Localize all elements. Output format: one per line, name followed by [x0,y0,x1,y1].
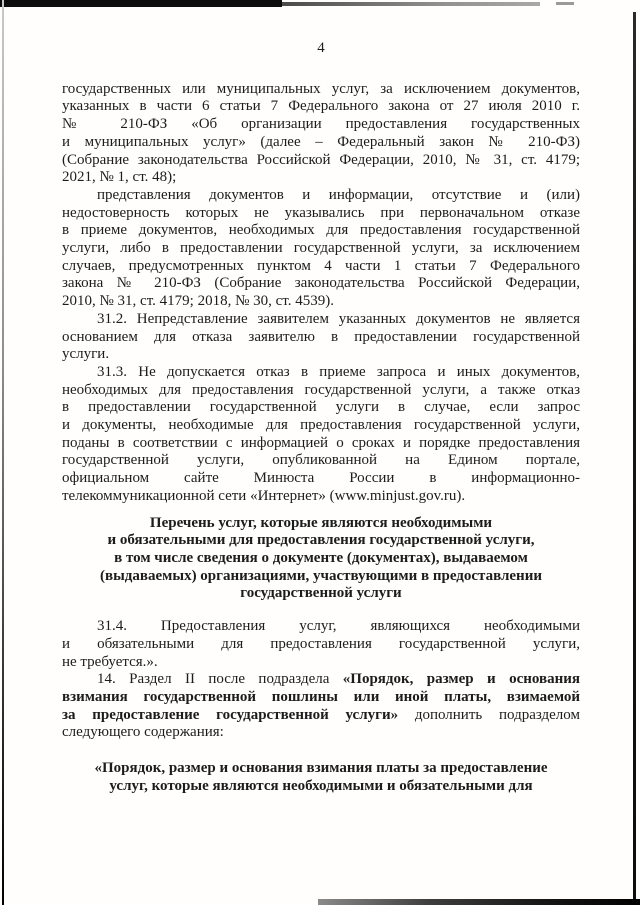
text-line: 31.3. Не допускается отказ в приеме запр… [62,364,580,382]
text-line: услуги, либо в предоставлении государств… [62,240,580,258]
text-line: услуги. [62,346,580,364]
text-segment: 2010, № 31, ст. 4179; 2018, № 30, ст. 45… [62,293,334,309]
page-number: 4 [62,40,580,58]
text-line: взимания государственной пошлины или ино… [62,689,580,707]
text-segment: официальном сайте Минюста России в инфор… [62,470,580,486]
text-segment: основанием для отказа заявителю в предос… [62,329,580,345]
text-line: 14. Раздел II после подраздела «Порядок,… [62,671,580,689]
heading-list-of-services: Перечень услуг, которые являются необход… [62,515,580,604]
text-line: 2021, № 1, ст. 48); [62,169,580,187]
paragraph-14: 14. Раздел II после подраздела «Порядок,… [62,671,580,742]
text-segment: дополнить подразделом [398,707,580,723]
text-line: случаев, предусмотренных пунктом 4 части… [62,258,580,276]
text-line: и обязательными для предоставления госуд… [62,532,580,550]
text-segment: государственной услуги, опубликованной н… [62,452,580,468]
text-segment: государственной услуги [240,585,401,601]
text-line: 2010, № 31, ст. 4179; 2018, № 30, ст. 45… [62,293,580,311]
document-page: 4 государственных или муниципальных услу… [0,0,640,905]
text-segment: в приеме документов, необходимых для пре… [62,222,580,238]
scan-artifact-bottom-bar [318,899,640,905]
scan-artifact-left-line [2,0,4,905]
text-line: в приеме документов, необходимых для пре… [62,222,580,240]
text-segment: следующего содержания: [62,724,224,740]
bold-text-segment: за предоставление государственной услуги… [62,707,398,723]
text-line: и обязательными для предоставления госуд… [62,636,580,654]
text-line: основанием для отказа заявителю в предос… [62,329,580,347]
paragraph-documents-clause: представления документов и информации, о… [62,187,580,311]
text-segment: 2021, № 1, ст. 48); [62,169,176,185]
text-segment: 31.2. Непредставление заявителем указанн… [97,311,580,327]
text-segment: телекоммуникационной сети «Интернет» (ww… [62,488,465,504]
text-segment: и муниципальных услуг» (далее – Федераль… [62,134,580,150]
text-line: поданы в соответствии с информацией о ср… [62,435,580,453]
text-segment: Перечень услуг, которые являются необход… [150,515,492,531]
bold-text-segment: взимания государственной пошлины или ино… [62,689,580,705]
text-segment: (выдаваемых) организациями, участвующими… [100,568,542,584]
text-line: и документы, необходимые для предоставле… [62,417,580,435]
text-segment: недостоверность которых не указывались п… [62,205,580,221]
text-segment: поданы в соответствии с информацией о ср… [62,435,580,451]
text-line: в предоставлении государственной услуги … [62,399,580,417]
text-line: представления документов и информации, о… [62,187,580,205]
text-segment: услуги. [62,346,109,362]
text-line: (выдаваемых) организациями, участвующими… [62,568,580,586]
text-line: необходимых для предоставления государст… [62,382,580,400]
scan-artifact-right-line [633,12,636,905]
text-line: следующего содержания: [62,724,580,742]
text-segment: необходимых для предоставления государст… [62,382,580,398]
document-text: государственных или муниципальных услуг,… [62,81,580,796]
text-line: Перечень услуг, которые являются необход… [62,515,580,533]
paragraph-31-2: 31.2. Непредставление заявителем указанн… [62,311,580,364]
heading-payment-procedure: «Порядок, размер и основания взимания пл… [62,760,580,795]
text-line: и муниципальных услуг» (далее – Федераль… [62,134,580,152]
text-segment: (Собрание законодательства Российской Фе… [62,152,580,168]
text-segment: в предоставлении государственной услуги … [62,399,580,415]
text-segment: и обязательными для предоставления госуд… [62,636,580,652]
scan-artifact-top-bar-gray [282,2,540,6]
text-line: «Порядок, размер и основания взимания пл… [62,760,580,778]
text-segment: 31.3. Не допускается отказ в приеме запр… [97,364,580,380]
text-segment: в том числе сведения о документе (докуме… [114,550,528,566]
text-segment: «Порядок, размер и основания взимания пл… [94,760,547,776]
text-line: государственных или муниципальных услуг,… [62,81,580,99]
text-line: услуг, которые являются необходимыми и о… [62,778,580,796]
text-segment: 31.4. Предоставления услуг, являющихся н… [97,618,580,634]
text-segment: и обязательными для предоставления госуд… [107,532,534,548]
text-line: (Собрание законодательства Российской Фе… [62,152,580,170]
text-segment: указанных в части 6 статьи 7 Федеральног… [62,98,580,114]
page-content: 4 государственных или муниципальных услу… [62,40,580,795]
text-line: недостоверность которых не указывались п… [62,205,580,223]
text-segment: 14. Раздел II после подраздела [97,671,343,687]
text-segment: представления документов и информации, о… [97,187,580,203]
text-line: указанных в части 6 статьи 7 Федеральног… [62,98,580,116]
text-segment: № 210-ФЗ «Об организации предоставления … [62,116,580,132]
paragraph-31-3: 31.3. Не допускается отказ в приеме запр… [62,364,580,506]
text-line: 31.2. Непредставление заявителем указанн… [62,311,580,329]
text-line: 31.4. Предоставления услуг, являющихся н… [62,618,580,636]
bold-text-segment: «Порядок, размер и основания [343,671,580,687]
text-segment: не требуется.». [62,654,158,670]
text-line: в том числе сведения о документе (докуме… [62,550,580,568]
paragraph-31-4: 31.4. Предоставления услуг, являющихся н… [62,618,580,671]
text-segment: услуги, либо в предоставлении государств… [62,240,580,256]
text-line: закона № 210-ФЗ (Собрание законодательст… [62,275,580,293]
text-segment: и документы, необходимые для предоставле… [62,417,580,433]
text-segment: случаев, предусмотренных пунктом 4 части… [62,258,580,274]
text-line: государственной услуги [62,585,580,603]
text-line: официальном сайте Минюста России в инфор… [62,470,580,488]
text-segment: закона № 210-ФЗ (Собрание законодательст… [62,275,580,291]
text-segment: услуг, которые являются необходимыми и о… [109,778,532,794]
paragraph-continuation: государственных или муниципальных услуг,… [62,81,580,187]
text-line: государственной услуги, опубликованной н… [62,452,580,470]
text-line: за предоставление государственной услуги… [62,707,580,725]
text-segment: государственных или муниципальных услуг,… [62,81,580,97]
scan-artifact-top-tick [556,2,574,5]
scan-artifact-top-bar [0,0,282,7]
text-line: телекоммуникационной сети «Интернет» (ww… [62,488,580,506]
text-line: не требуется.». [62,654,580,672]
text-line: № 210-ФЗ «Об организации предоставления … [62,116,580,134]
